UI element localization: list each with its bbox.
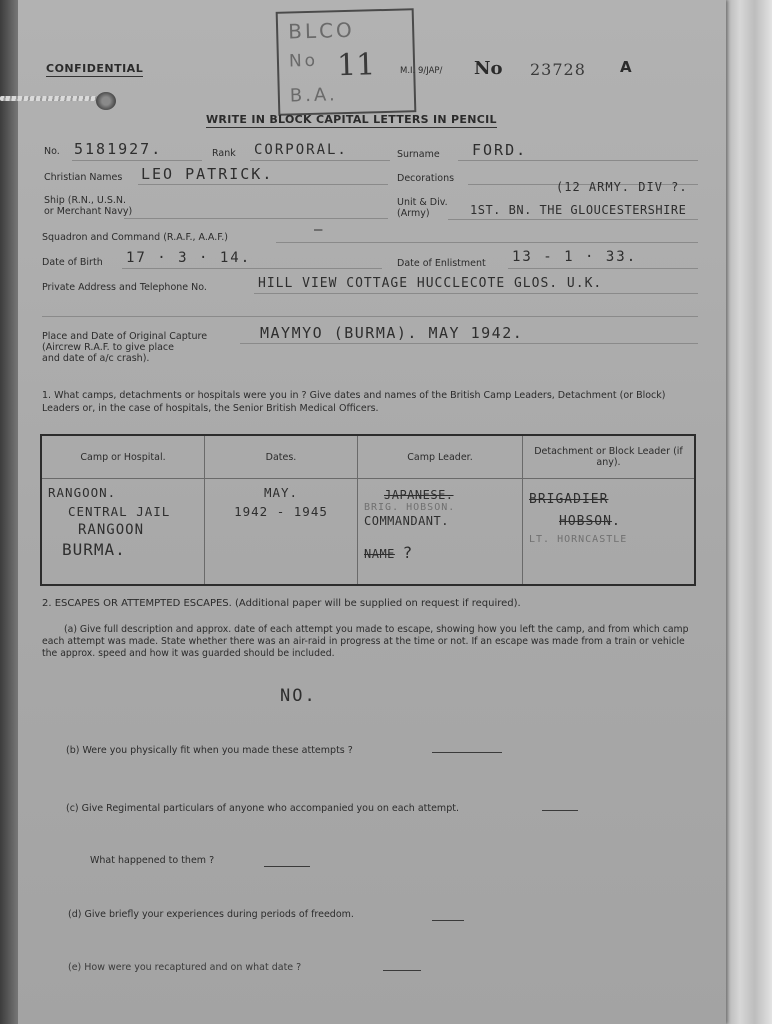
stamp-line-2-prefix: No (289, 51, 319, 72)
table-row: RANGOON. CENTRAL JAIL RANGOON BURMA. MAY… (41, 479, 695, 586)
dob-line (122, 268, 382, 269)
unit-label-line2: (Army) (397, 208, 448, 219)
ship-label-line1: Ship (R.N., U.S.N. (44, 195, 132, 206)
camp-leader-note: BRIG. HOBSON. (364, 503, 516, 513)
rank-label: Rank (212, 148, 236, 159)
unit-line (448, 219, 698, 220)
instruction-banner: WRITE IN BLOCK CAPITAL LETTERS IN PENCIL (206, 113, 497, 128)
capture-label-line2: (Aircrew R.A.F. to give place (42, 342, 207, 353)
address-value: HILL VIEW COTTAGE HUCCLECOTE GLOS. U.K. (258, 276, 602, 291)
reference-suffix: A (620, 58, 632, 76)
column-header-camp: Camp or Hospital. (41, 435, 205, 479)
answer-2a: NO. (280, 686, 317, 706)
rank-line (250, 160, 390, 161)
address-label: Private Address and Telephone No. (42, 282, 207, 293)
enlistment-line (508, 268, 698, 269)
camp-leader-struck-1: JAPANESE. (364, 487, 516, 503)
reference-number: 23728 (530, 60, 586, 79)
stamp-line-3: B.A. (290, 84, 338, 106)
rank-value: CORPORAL. (254, 142, 348, 158)
number-value: 5181927. (74, 140, 162, 158)
eyelet-icon (96, 92, 116, 110)
address-line-2 (42, 316, 698, 317)
answer-2c-followup-line (264, 866, 310, 867)
camp-line-2: CENTRAL JAIL (48, 502, 198, 521)
surname-line (458, 160, 698, 161)
block-leader-line-2: HOBSON. (529, 511, 688, 533)
camp-line-4: BURMA. (48, 540, 198, 559)
number-label: No. (44, 146, 60, 157)
unit-label-line1: Unit & Div. (397, 197, 448, 208)
christian-names-line (138, 184, 388, 185)
camps-table: Camp or Hospital. Dates. Camp Leader. De… (40, 434, 696, 586)
section2-title: 2. ESCAPES OR ATTEMPTED ESCAPES. (Additi… (42, 598, 521, 609)
answer-2e-line (383, 970, 421, 971)
capture-line (240, 343, 698, 344)
question-2c-followup: What happened to them ? (90, 854, 214, 867)
question-2d: (d) Give briefly your experiences during… (68, 908, 354, 921)
squadron-label: Squadron and Command (R.A.F., A.A.F.) (42, 232, 228, 243)
block-leader-suffix: . (612, 514, 621, 529)
dob-value: 17 · 3 · 14. (126, 250, 251, 266)
capture-label: Place and Date of Original Capture (Airc… (42, 331, 207, 364)
stamp-number: 11 (337, 47, 376, 83)
cell-block-leader: BRIGADIER HOBSON. LT. HORNCASTLE (523, 479, 696, 586)
question-2e: (e) How were you recaptured and on what … (68, 961, 301, 974)
enlistment-value: 13 - 1 · 33. (512, 249, 637, 265)
ship-line (124, 218, 388, 219)
unit-value: 1ST. BN. THE GLOUCESTERSHIRE (470, 203, 686, 217)
column-header-camp-leader: Camp Leader. (358, 435, 523, 479)
cell-camp-leader: JAPANESE. BRIG. HOBSON. COMMANDANT. NAME… (358, 479, 523, 586)
decorations-label: Decorations (397, 173, 454, 184)
enlistment-label: Date of Enlistment (397, 258, 486, 269)
block-leader-struck-2: HOBSON (559, 514, 612, 529)
column-header-block-leader: Detachment or Block Leader (if any). (523, 435, 696, 479)
block-leader-struck-1: BRIGADIER (529, 489, 688, 511)
squadron-value: — (314, 222, 324, 238)
surname-label: Surname (397, 149, 440, 160)
block-stamp: BLCO No 11 B.A. (276, 8, 417, 116)
column-header-dates: Dates. (205, 435, 358, 479)
surname-value: FORD. (472, 141, 527, 159)
address-line-1 (254, 293, 698, 294)
answer-2b-line (432, 752, 502, 753)
cell-dates: MAY. 1942 - 1945 (205, 479, 358, 586)
dates-line-2: 1942 - 1945 (211, 502, 351, 521)
reference-prefix: M.I. 9/JAP/ (400, 66, 442, 76)
capture-label-line3: and date of a/c crash). (42, 353, 207, 364)
section1-question: 1. What camps, detachments or hospitals … (42, 389, 702, 415)
camp-line-1: RANGOON. (48, 483, 198, 502)
dates-line-1: MAY. (211, 483, 351, 502)
unit-note-value: (12 ARMY. DIV ?. (556, 180, 688, 194)
cell-camp: RANGOON. CENTRAL JAIL RANGOON BURMA. (41, 479, 205, 586)
camp-leader-struck-2: NAME (364, 547, 395, 561)
answer-2c-line (542, 810, 578, 811)
camp-leader-question: ? (403, 543, 413, 562)
unit-label: Unit & Div. (Army) (397, 197, 448, 219)
question-2c: (c) Give Regimental particulars of anyon… (66, 802, 459, 815)
question-2a: (a) Give full description and approx. da… (42, 624, 702, 660)
tag-string (0, 96, 104, 101)
ship-label: Ship (R.N., U.S.N. or Merchant Navy) (44, 195, 132, 217)
christian-names-label: Christian Names (44, 172, 122, 183)
answer-2d-line (432, 920, 464, 921)
squadron-line (276, 242, 698, 243)
camp-line-3: RANGOON (48, 521, 198, 540)
stamp-line-1: BLCO (288, 18, 355, 44)
dob-label: Date of Birth (42, 257, 103, 268)
capture-value: MAYMYO (BURMA). MAY 1942. (260, 324, 523, 342)
christian-names-value: LEO PATRICK. (141, 165, 273, 183)
capture-label-line1: Place and Date of Original Capture (42, 331, 207, 342)
ship-label-line2: or Merchant Navy) (44, 206, 132, 217)
confidential-label: CONFIDENTIAL (46, 62, 143, 77)
camp-leader-line-3: NAME ? (364, 545, 516, 562)
number-line (72, 160, 202, 161)
block-leader-note: LT. HORNCASTLE (529, 533, 688, 547)
reference-no-label: No (474, 58, 502, 79)
question-2b: (b) Were you physically fit when you mad… (66, 744, 353, 757)
camp-leader-line-2: COMMANDANT. (364, 513, 516, 529)
